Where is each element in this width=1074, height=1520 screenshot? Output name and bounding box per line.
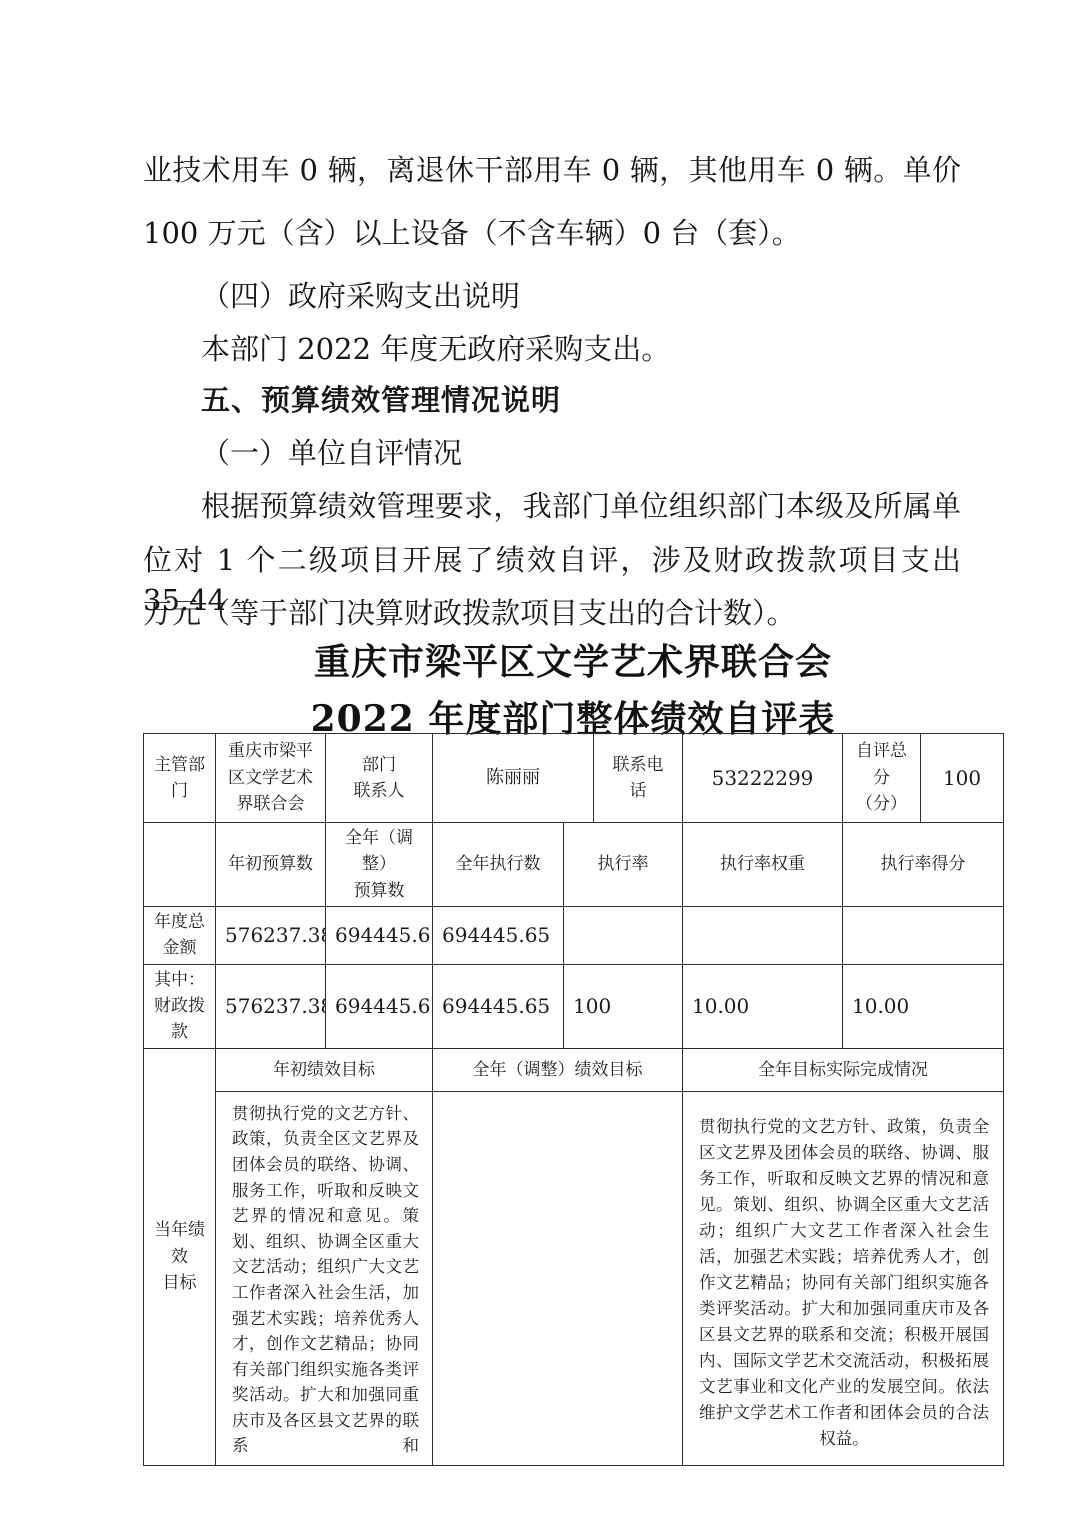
fiscal-executed-cell: 694445.65 bbox=[433, 964, 564, 1048]
exec-rate-weight-header-cell: 执行率权重 bbox=[683, 823, 843, 907]
fiscal-exec-rate-weight-cell: 10.00 bbox=[683, 964, 843, 1048]
fiscal-exec-rate-cell: 100 bbox=[564, 964, 683, 1048]
exec-rate-score-header-cell: 执行率得分 bbox=[843, 823, 1004, 907]
executed-header-cell: 全年执行数 bbox=[433, 823, 564, 907]
phone-value-cell: 53222299 bbox=[683, 734, 843, 823]
section-4-heading: （四）政府采购支出说明 bbox=[143, 276, 961, 316]
supervisor-dept-label-cell: 主管部 门 bbox=[144, 734, 216, 823]
annual-executed-cell: 694445.65 bbox=[433, 907, 564, 965]
fiscal-adjusted-budget-cell: 694445.65 bbox=[326, 964, 433, 1048]
body-line-vehicles: 业技术用车 0 辆，离退休干部用车 0 辆，其他用车 0 辆。单价 bbox=[143, 150, 961, 190]
exec-rate-header-cell: 执行率 bbox=[564, 823, 683, 907]
phone-label-cell: 联系电 话 bbox=[594, 734, 683, 823]
initial-budget-header-cell: 年初预算数 bbox=[216, 823, 326, 907]
self-score-value-cell: 100 bbox=[921, 734, 1004, 823]
table-row-info: 主管部 门 重庆市梁平 区文学艺术 界联合会 部门 联系人 陈丽丽 联系电 话 … bbox=[144, 734, 1004, 823]
self-eval-line-1: 根据预算绩效管理要求，我部门单位组织部门本级及所属单 bbox=[143, 486, 961, 526]
adjusted-goal-header-cell: 全年（调整）绩效目标 bbox=[433, 1048, 683, 1091]
empty-corner-cell bbox=[144, 823, 216, 907]
annual-total-label-cell: 年度总 金额 bbox=[144, 907, 216, 965]
table-row-fiscal-allocation: 其中： 财政拨 款 576237.38 694445.65 694445.65 … bbox=[144, 964, 1004, 1048]
annual-initial-budget-cell: 576237.38 bbox=[216, 907, 326, 965]
table-row-exec-headers: 年初预算数 全年（调整） 预算数 全年执行数 执行率 执行率权重 执行率得分 bbox=[144, 823, 1004, 907]
self-eval-line-3: 万元（等于部门决算财政拨款项目支出的合计数）。 bbox=[143, 593, 961, 633]
table-row-goal-headers: 当年绩 效 目标 年初绩效目标 全年（调整）绩效目标 全年目标实际完成情况 bbox=[144, 1048, 1004, 1091]
dept-contact-label-cell: 部门 联系人 bbox=[326, 734, 433, 823]
supervisor-dept-value-cell: 重庆市梁平 区文学艺术 界联合会 bbox=[216, 734, 326, 823]
performance-self-eval-table: 主管部 门 重庆市梁平 区文学艺术 界联合会 部门 联系人 陈丽丽 联系电 话 … bbox=[143, 733, 1004, 1466]
adjusted-budget-header-cell: 全年（调整） 预算数 bbox=[326, 823, 433, 907]
adjusted-goal-text-cell bbox=[433, 1091, 683, 1465]
initial-goal-text-cell: 贯彻执行党的文艺方针、政策，负责全区文艺界及团体会员的联络、协调、服务工作，听取… bbox=[216, 1091, 433, 1465]
table-row-goal-content: 贯彻执行党的文艺方针、政策，负责全区文艺界及团体会员的联络、协调、服务工作，听取… bbox=[144, 1091, 1004, 1465]
annual-exec-rate-weight-cell bbox=[683, 907, 843, 965]
initial-goal-header-cell: 年初绩效目标 bbox=[216, 1048, 433, 1091]
annual-exec-rate-score-cell bbox=[843, 907, 1004, 965]
table-row-annual-total: 年度总 金额 576237.38 694445.65 694445.65 bbox=[144, 907, 1004, 965]
fiscal-initial-budget-cell: 576237.38 bbox=[216, 964, 326, 1048]
subsection-1-heading: （一）单位自评情况 bbox=[143, 433, 961, 473]
body-line-equipment: 100 万元（含）以上设备（不含车辆）0 台（套）。 bbox=[143, 213, 961, 253]
document-page: 业技术用车 0 辆，离退休干部用车 0 辆，其他用车 0 辆。单价 100 万元… bbox=[0, 0, 1074, 1520]
dept-contact-value-cell: 陈丽丽 bbox=[433, 734, 594, 823]
completion-text-cell: 贯彻执行党的文艺方针、政策，负责全区文艺界及团体会员的联络、协调、服务工作，听取… bbox=[683, 1091, 1004, 1465]
annual-exec-rate-cell bbox=[564, 907, 683, 965]
fiscal-label-cell: 其中： 财政拨 款 bbox=[144, 964, 216, 1048]
fiscal-exec-rate-score-cell: 10.00 bbox=[843, 964, 1004, 1048]
self-score-label-cell: 自评总 分 （分） bbox=[843, 734, 921, 823]
completion-header-cell: 全年目标实际完成情况 bbox=[683, 1048, 1004, 1091]
section-4-body: 本部门 2022 年度无政府采购支出。 bbox=[143, 329, 961, 369]
table-title-organization: 重庆市梁平区文学艺术界联合会 bbox=[143, 634, 1003, 685]
current-year-goal-label-cell: 当年绩 效 目标 bbox=[144, 1048, 216, 1465]
annual-adjusted-budget-cell: 694445.65 bbox=[326, 907, 433, 965]
section-5-heading: 五、预算绩效管理情况说明 bbox=[143, 381, 961, 421]
